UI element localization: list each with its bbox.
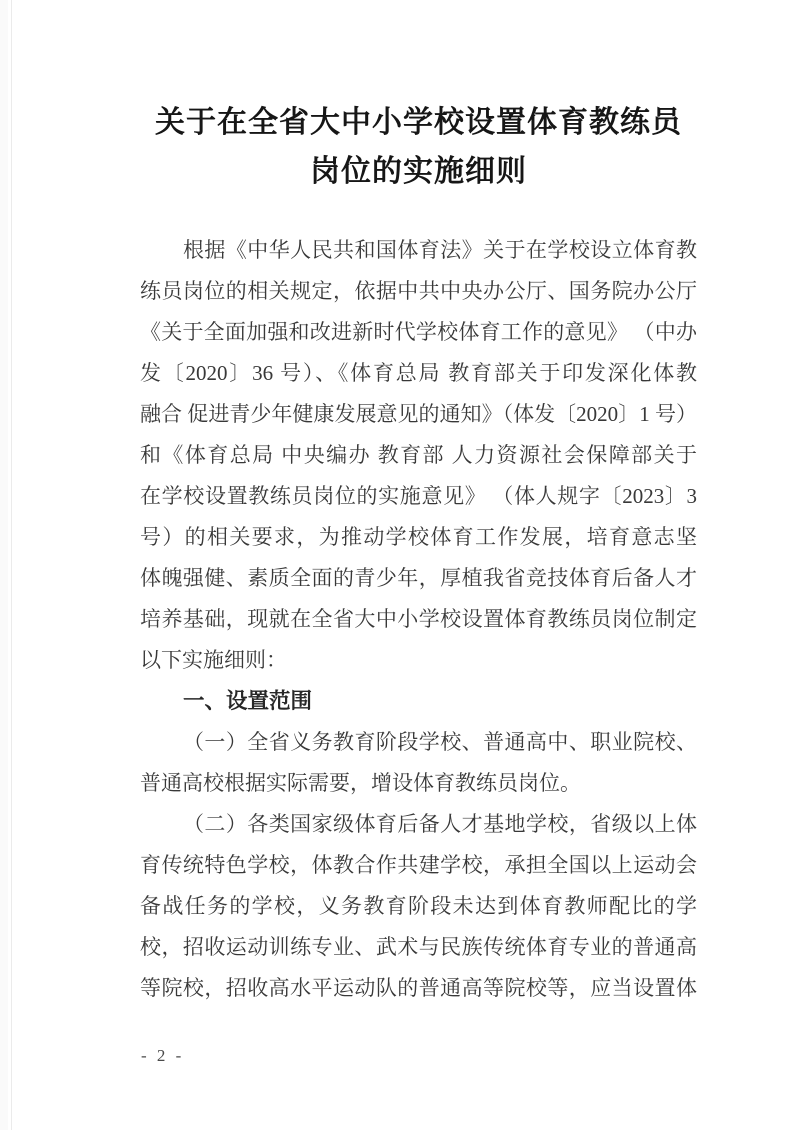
section-heading: 一、设置范围 [140,681,697,722]
body-line: 育传统特色学校，体教合作共建学校，承担全国以上运动会 [140,845,697,886]
body-line: 等院校，招收高水平运动队的普通高等院校等，应当设置体 [140,968,697,1009]
document-title-line-2: 岗位的实施细则 [140,147,697,196]
scan-edge-line [11,0,12,1130]
document-page: 关于在全省大中小学校设置体育教练员 岗位的实施细则 根据《中华人民共和国体育法》… [0,0,800,1130]
body-line: 校，招收运动训练专业、武术与民族传统体育专业的普通高 [140,927,697,968]
body-line: 以下实施细则： [140,640,697,681]
page-number: - 2 - [141,1046,184,1066]
document-title-line-1: 关于在全省大中小学校设置体育教练员 [140,98,697,147]
body-line: 和《体育总局 中央编办 教育部 人力资源社会保障部关于 [140,435,697,476]
body-line: （一）全省义务教育阶段学校、普通高中、职业院校、 [140,722,697,763]
body-line: 普通高校根据实际需要，增设体育教练员岗位。 [140,763,697,804]
body-line: 在学校设置教练员岗位的实施意见》 （体人规字〔2023〕3 [140,476,697,517]
scan-edge-shading [0,0,8,1130]
body-line: 融合 促进青少年健康发展意见的通知》（体发〔2020〕1 号） [140,394,697,435]
body-line: 号）的相关要求，为推动学校体育工作发展，培育意志坚定、 [140,517,697,558]
body-line: 练员岗位的相关规定，依据中共中央办公厅、国务院办公厅 [140,271,697,312]
body-line: （二）各类国家级体育后备人才基地学校，省级以上体 [140,804,697,845]
body-line: 《关于全面加强和改进新时代学校体育工作的意见》 （中办 [140,312,697,353]
body-line: 培养基础，现就在全省大中小学校设置体育教练员岗位制定 [140,599,697,640]
body-line: 体魄强健、素质全面的青少年，厚植我省竞技体育后备人才 [140,558,697,599]
body-line: 根据《中华人民共和国体育法》关于在学校设立体育教 [140,230,697,271]
document-title: 关于在全省大中小学校设置体育教练员 岗位的实施细则 [140,98,697,196]
document-body: 根据《中华人民共和国体育法》关于在学校设立体育教 练员岗位的相关规定，依据中共中… [140,230,697,1009]
body-line: 发〔2020〕36 号）、《体育总局 教育部关于印发深化体教 [140,353,697,394]
body-line: 备战任务的学校，义务教育阶段未达到体育教师配比的学 [140,886,697,927]
